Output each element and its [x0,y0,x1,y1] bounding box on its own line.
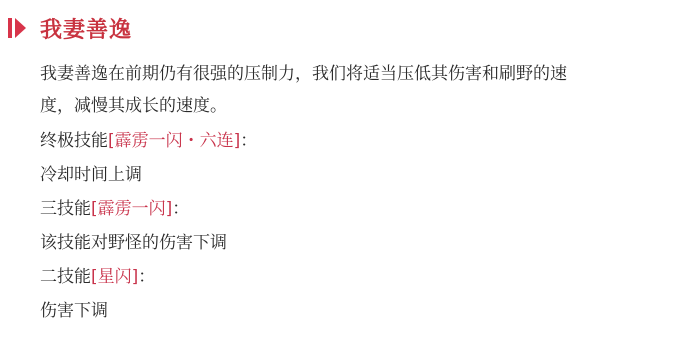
intro-line-2: 度，减慢其成长的速度。 [40,90,670,122]
skill-heading-ultimate: 终极技能[霹雳一闪・六连]： [40,124,680,158]
skill-change-ultimate: 冷却时间上调 [40,158,680,192]
section-header: 我妻善逸 [8,12,132,44]
skill-suffix: ： [138,267,155,287]
skill-prefix: 终极技能 [40,131,108,151]
skill-change-skill3: 该技能对野怪的伤害下调 [40,226,680,260]
intro-paragraph: 我妻善逸在前期仍有很强的压制力，我们将适当压低其伤害和刷野的速 度，减慢其成长的… [40,58,670,122]
skill-prefix: 二技能 [40,267,91,287]
skill-change-skill2: 伤害下调 [40,294,680,328]
skill-prefix: 三技能 [40,199,91,219]
skill-heading-skill2: 二技能[星闪]： [40,260,680,294]
skill-name: [霹雳一闪] [91,199,172,219]
skill-name: [霹雳一闪・六连] [108,131,240,151]
skill-name: [星闪] [91,267,138,287]
skill-suffix: ： [172,199,189,219]
skill-heading-skill3: 三技能[霹雳一闪]： [40,192,680,226]
marker-triangle [15,18,26,38]
patch-notes-content: 我妻善逸在前期仍有很强的压制力，我们将适当压低其伤害和刷野的速 度，减慢其成长的… [40,58,680,328]
skill-suffix: ： [240,131,257,151]
intro-line-1: 我妻善逸在前期仍有很强的压制力，我们将适当压低其伤害和刷野的速 [40,58,670,90]
marker-bar [8,18,12,38]
hero-title: 我妻善逸 [40,13,132,44]
play-triangle-marker-icon [8,18,26,38]
